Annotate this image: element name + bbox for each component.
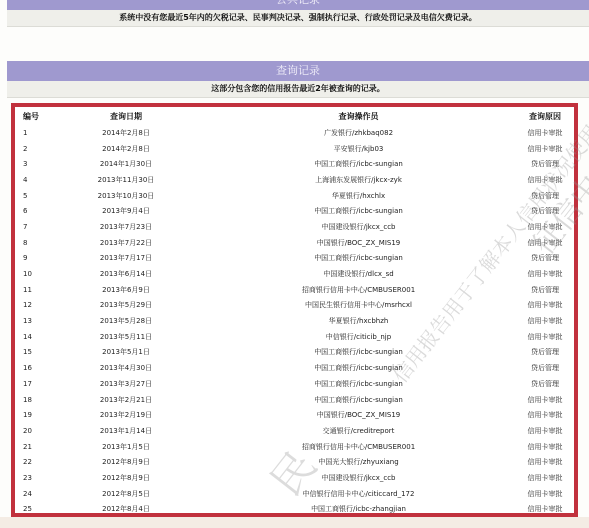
cell-reason: 贷后管理 (516, 282, 574, 298)
cell-number: 1 (15, 125, 51, 141)
cell-number: 24 (15, 486, 51, 502)
cell-date: 2014年1月30日 (51, 156, 201, 172)
cell-number: 5 (15, 188, 51, 204)
table-row: 142013年5月11日中信银行/citicib_njp信用卡审批 (15, 329, 574, 345)
table-header-row: 编号 查询日期 查询操作员 查询原因 (15, 107, 574, 125)
cell-date: 2013年2月19日 (51, 407, 201, 423)
cell-date: 2013年7月23日 (51, 219, 201, 235)
column-header-reason: 查询原因 (516, 107, 574, 125)
cell-reason: 贷后管理 (516, 203, 574, 219)
cell-reason: 信用卡审批 (516, 392, 574, 408)
cell-number: 9 (15, 251, 51, 267)
cell-date: 2014年2月8日 (51, 141, 201, 157)
cell-operator: 上海浦东发展银行/jkcx-zyk (201, 172, 516, 188)
cell-date: 2013年4月30日 (51, 360, 201, 376)
cell-date: 2013年9月4日 (51, 203, 201, 219)
cell-operator: 平安银行/kjb03 (201, 141, 516, 157)
cell-date: 2013年7月17日 (51, 251, 201, 267)
cell-operator: 中国民生银行信用卡中心/msrhcxl (201, 298, 516, 314)
query-records-highlight-frame: 编号 查询日期 查询操作员 查询原因 12014年2月8日广发银行/zhkbaq… (11, 103, 578, 517)
cell-number: 8 (15, 235, 51, 251)
cell-date: 2013年1月14日 (51, 423, 201, 439)
table-row: 52013年10月30日华夏银行/hxchlx贷后管理 (15, 188, 574, 204)
cell-date: 2013年5月11日 (51, 329, 201, 345)
cell-number: 11 (15, 282, 51, 298)
public-records-note: 系统中没有您最近5年内的欠税记录、民事判决记录、强制执行记录、行政处罚记录及电信… (7, 10, 589, 27)
cell-date: 2013年6月14日 (51, 266, 201, 282)
table-row: 172013年3月27日中国工商银行/icbc-sungian贷后管理 (15, 376, 574, 392)
cell-number: 15 (15, 345, 51, 361)
public-records-title: 公共记录 (276, 0, 320, 6)
public-records-header: 公共记录 (7, 0, 589, 10)
cell-operator: 中国银行/BOC_ZX_MIS19 (201, 235, 516, 251)
cell-reason: 信用卡审批 (516, 298, 574, 314)
cell-operator: 中国工商银行/icbc-sungian (201, 360, 516, 376)
query-records-table: 编号 查询日期 查询操作员 查询原因 12014年2月8日广发银行/zhkbaq… (15, 107, 574, 517)
cell-reason: 信用卡审批 (516, 439, 574, 455)
cell-number: 10 (15, 266, 51, 282)
column-header-number: 编号 (15, 107, 51, 125)
table-row: 92013年7月17日中国工商银行/icbc-sungian贷后管理 (15, 251, 574, 267)
cell-reason: 信用卡审批 (516, 125, 574, 141)
cell-reason: 信用卡审批 (516, 266, 574, 282)
table-row: 192013年2月19日中国银行/BOC_ZX_MIS19信用卡审批 (15, 407, 574, 423)
query-records-title: 查询记录 (276, 64, 320, 77)
cell-operator: 中信银行/citicib_njp (201, 329, 516, 345)
table-row: 152013年5月1日中国工商银行/icbc-sungian贷后管理 (15, 345, 574, 361)
cell-reason: 信用卡审批 (516, 454, 574, 470)
cell-number: 21 (15, 439, 51, 455)
table-row: 62013年9月4日中国工商银行/icbc-sungian贷后管理 (15, 203, 574, 219)
cell-number: 25 (15, 502, 51, 518)
cell-number: 22 (15, 454, 51, 470)
table-row: 162013年4月30日中国工商银行/icbc-sungian贷后管理 (15, 360, 574, 376)
table-row: 12014年2月8日广发银行/zhkbaq082信用卡审批 (15, 125, 574, 141)
cell-date: 2013年11月30日 (51, 172, 201, 188)
cell-reason: 信用卡审批 (516, 141, 574, 157)
cell-number: 16 (15, 360, 51, 376)
cell-operator: 中国建设银行/dlcx_sd (201, 266, 516, 282)
table-row: 32014年1月30日中国工商银行/icbc-sungian贷后管理 (15, 156, 574, 172)
cell-reason: 贷后管理 (516, 251, 574, 267)
cell-date: 2013年3月27日 (51, 376, 201, 392)
cell-reason: 贷后管理 (516, 376, 574, 392)
table-row: 132013年5月28日华夏银行/hxcbhzh信用卡审批 (15, 313, 574, 329)
cell-operator: 华夏银行/hxchlx (201, 188, 516, 204)
cell-date: 2013年5月28日 (51, 313, 201, 329)
cell-number: 7 (15, 219, 51, 235)
table-row: 222012年8月9日中国光大银行/zhyuxiang信用卡审批 (15, 454, 574, 470)
cell-number: 3 (15, 156, 51, 172)
cell-number: 23 (15, 470, 51, 486)
cell-reason: 信用卡审批 (516, 235, 574, 251)
cell-operator: 中国工商银行/icbc-sungian (201, 345, 516, 361)
cell-date: 2013年5月1日 (51, 345, 201, 361)
cell-operator: 中国工商银行/icbc-sungian (201, 376, 516, 392)
cell-number: 14 (15, 329, 51, 345)
cell-reason: 信用卡审批 (516, 329, 574, 345)
cell-reason: 信用卡审批 (516, 470, 574, 486)
table-row: 22014年2月8日平安银行/kjb03信用卡审批 (15, 141, 574, 157)
cell-reason: 信用卡审批 (516, 172, 574, 188)
cell-date: 2012年8月9日 (51, 454, 201, 470)
cell-operator: 中国光大银行/zhyuxiang (201, 454, 516, 470)
table-row: 212013年1月5日招商银行信用卡中心/CMBUSER001信用卡审批 (15, 439, 574, 455)
cell-operator: 中国建设银行/jkcx_ccb (201, 470, 516, 486)
cell-date: 2013年5月29日 (51, 298, 201, 314)
column-header-date: 查询日期 (51, 107, 201, 125)
cell-reason: 贷后管理 (516, 360, 574, 376)
cell-operator: 中国银行/BOC_ZX_MIS19 (201, 407, 516, 423)
cell-number: 2 (15, 141, 51, 157)
cell-date: 2014年2月8日 (51, 125, 201, 141)
cell-reason: 信用卡审批 (516, 219, 574, 235)
cell-date: 2012年8月9日 (51, 470, 201, 486)
table-row: 82013年7月22日中国银行/BOC_ZX_MIS19信用卡审批 (15, 235, 574, 251)
cell-number: 13 (15, 313, 51, 329)
cell-operator: 交通银行/creditreport (201, 423, 516, 439)
cell-reason: 贷后管理 (516, 188, 574, 204)
cell-date: 2012年8月4日 (51, 502, 201, 518)
cell-operator: 中国建设银行/jkcx_ccb (201, 219, 516, 235)
cell-number: 20 (15, 423, 51, 439)
cell-number: 19 (15, 407, 51, 423)
cell-date: 2013年1月5日 (51, 439, 201, 455)
table-row: 252012年8月4日中国工商银行/icbc-zhangjian信用卡审批 (15, 502, 574, 518)
cell-operator: 广发银行/zhkbaq082 (201, 125, 516, 141)
cell-operator: 中国工商银行/icbc-sungian (201, 156, 516, 172)
table-row: 242012年8月5日中信银行信用卡中心/citiccard_172信用卡审批 (15, 486, 574, 502)
cell-reason: 信用卡审批 (516, 502, 574, 518)
table-row: 202013年1月14日交通银行/creditreport信用卡审批 (15, 423, 574, 439)
cell-operator: 中国工商银行/icbc-sungian (201, 203, 516, 219)
cell-operator: 中信银行信用卡中心/citiccard_172 (201, 486, 516, 502)
table-row: 122013年5月29日中国民生银行信用卡中心/msrhcxl信用卡审批 (15, 298, 574, 314)
bottom-strip (0, 517, 589, 528)
cell-operator: 中国工商银行/icbc-sungian (201, 251, 516, 267)
table-row: 232012年8月9日中国建设银行/jkcx_ccb信用卡审批 (15, 470, 574, 486)
cell-operator: 中国工商银行/icbc-zhangjian (201, 502, 516, 518)
query-records-header: 查询记录 (7, 61, 589, 81)
column-header-operator: 查询操作员 (201, 107, 516, 125)
cell-date: 2013年6月9日 (51, 282, 201, 298)
cell-number: 17 (15, 376, 51, 392)
cell-reason: 贷后管理 (516, 156, 574, 172)
table-row: 102013年6月14日中国建设银行/dlcx_sd信用卡审批 (15, 266, 574, 282)
cell-number: 12 (15, 298, 51, 314)
cell-operator: 中国工商银行/icbc-sungian (201, 392, 516, 408)
table-row: 182013年2月21日中国工商银行/icbc-sungian信用卡审批 (15, 392, 574, 408)
cell-reason: 信用卡审批 (516, 423, 574, 439)
cell-number: 6 (15, 203, 51, 219)
table-row: 42013年11月30日上海浦东发展银行/jkcx-zyk信用卡审批 (15, 172, 574, 188)
table-row: 112013年6月9日招商银行信用卡中心/CMBUSER001贷后管理 (15, 282, 574, 298)
cell-operator: 招商银行信用卡中心/CMBUSER001 (201, 282, 516, 298)
cell-date: 2013年7月22日 (51, 235, 201, 251)
table-row: 72013年7月23日中国建设银行/jkcx_ccb信用卡审批 (15, 219, 574, 235)
cell-date: 2013年2月21日 (51, 392, 201, 408)
cell-date: 2012年8月5日 (51, 486, 201, 502)
cell-date: 2013年10月30日 (51, 188, 201, 204)
cell-operator: 招商银行信用卡中心/CMBUSER001 (201, 439, 516, 455)
cell-operator: 华夏银行/hxcbhzh (201, 313, 516, 329)
cell-reason: 信用卡审批 (516, 486, 574, 502)
cell-number: 4 (15, 172, 51, 188)
cell-reason: 信用卡审批 (516, 407, 574, 423)
cell-reason: 信用卡审批 (516, 313, 574, 329)
cell-number: 18 (15, 392, 51, 408)
cell-reason: 贷后管理 (516, 345, 574, 361)
query-records-note: 这部分包含您的信用报告最近2年被查询的记录。 (7, 81, 589, 98)
